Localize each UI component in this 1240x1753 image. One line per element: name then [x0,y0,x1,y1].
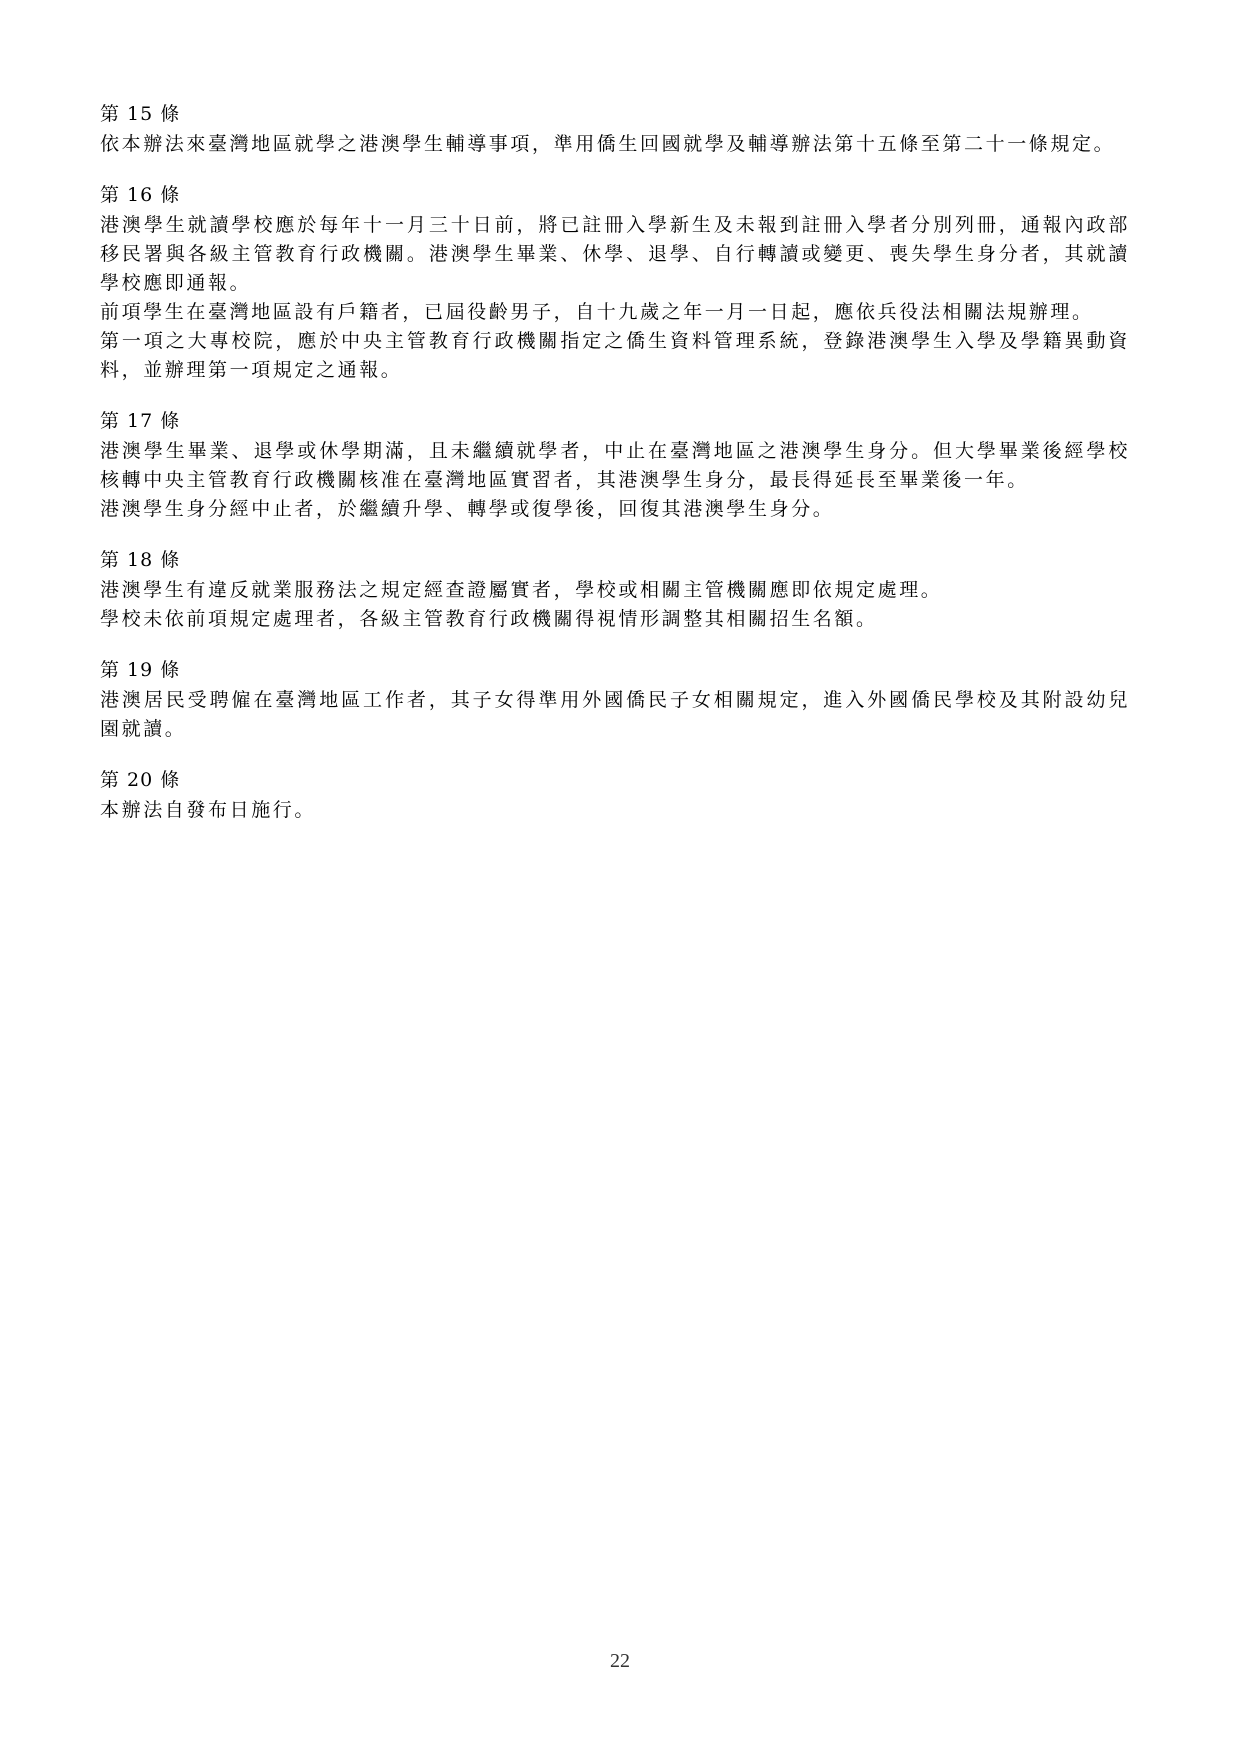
article-heading: 第 19 條 [100,656,1130,686]
article-paragraph: 依本辦法來臺灣地區就學之港澳學生輔導事項，準用僑生回國就學及輔導辦法第十五條至第… [100,130,1130,159]
article-20: 第 20 條 本辦法自發布日施行。 [100,766,1130,825]
article-heading: 第 16 條 [100,181,1130,211]
article-heading: 第 20 條 [100,766,1130,796]
article-heading: 第 18 條 [100,546,1130,576]
article-15: 第 15 條 依本辦法來臺灣地區就學之港澳學生輔導事項，準用僑生回國就學及輔導辦… [100,100,1130,159]
article-paragraph: 港澳學生身分經中止者，於繼續升學、轉學或復學後，回復其港澳學生身分。 [100,495,1130,524]
document-body: 第 15 條 依本辦法來臺灣地區就學之港澳學生輔導事項，準用僑生回國就學及輔導辦… [100,100,1130,847]
article-paragraph: 第一項之大專校院，應於中央主管教育行政機關指定之僑生資料管理系統，登錄港澳學生入… [100,327,1130,385]
article-paragraph: 港澳學生畢業、退學或休學期滿，且未繼續就學者，中止在臺灣地區之港澳學生身分。但大… [100,437,1130,495]
article-19: 第 19 條 港澳居民受聘僱在臺灣地區工作者，其子女得準用外國僑民子女相關規定，… [100,656,1130,744]
article-heading: 第 15 條 [100,100,1130,130]
article-paragraph: 前項學生在臺灣地區設有戶籍者，已屆役齡男子，自十九歲之年一月一日起，應依兵役法相… [100,298,1130,327]
article-paragraph: 港澳學生就讀學校應於每年十一月三十日前，將已註冊入學新生及未報到註冊入學者分別列… [100,211,1130,298]
article-18: 第 18 條 港澳學生有違反就業服務法之規定經查證屬實者，學校或相關主管機關應即… [100,546,1130,634]
article-paragraph: 本辦法自發布日施行。 [100,796,1130,825]
article-paragraph: 港澳居民受聘僱在臺灣地區工作者，其子女得準用外國僑民子女相關規定，進入外國僑民學… [100,686,1130,744]
article-paragraph: 學校未依前項規定處理者，各級主管教育行政機關得視情形調整其相關招生名額。 [100,605,1130,634]
page-number: 22 [0,1650,1240,1673]
article-17: 第 17 條 港澳學生畢業、退學或休學期滿，且未繼續就學者，中止在臺灣地區之港澳… [100,407,1130,524]
article-heading: 第 17 條 [100,407,1130,437]
article-16: 第 16 條 港澳學生就讀學校應於每年十一月三十日前，將已註冊入學新生及未報到註… [100,181,1130,385]
article-paragraph: 港澳學生有違反就業服務法之規定經查證屬實者，學校或相關主管機關應即依規定處理。 [100,576,1130,605]
